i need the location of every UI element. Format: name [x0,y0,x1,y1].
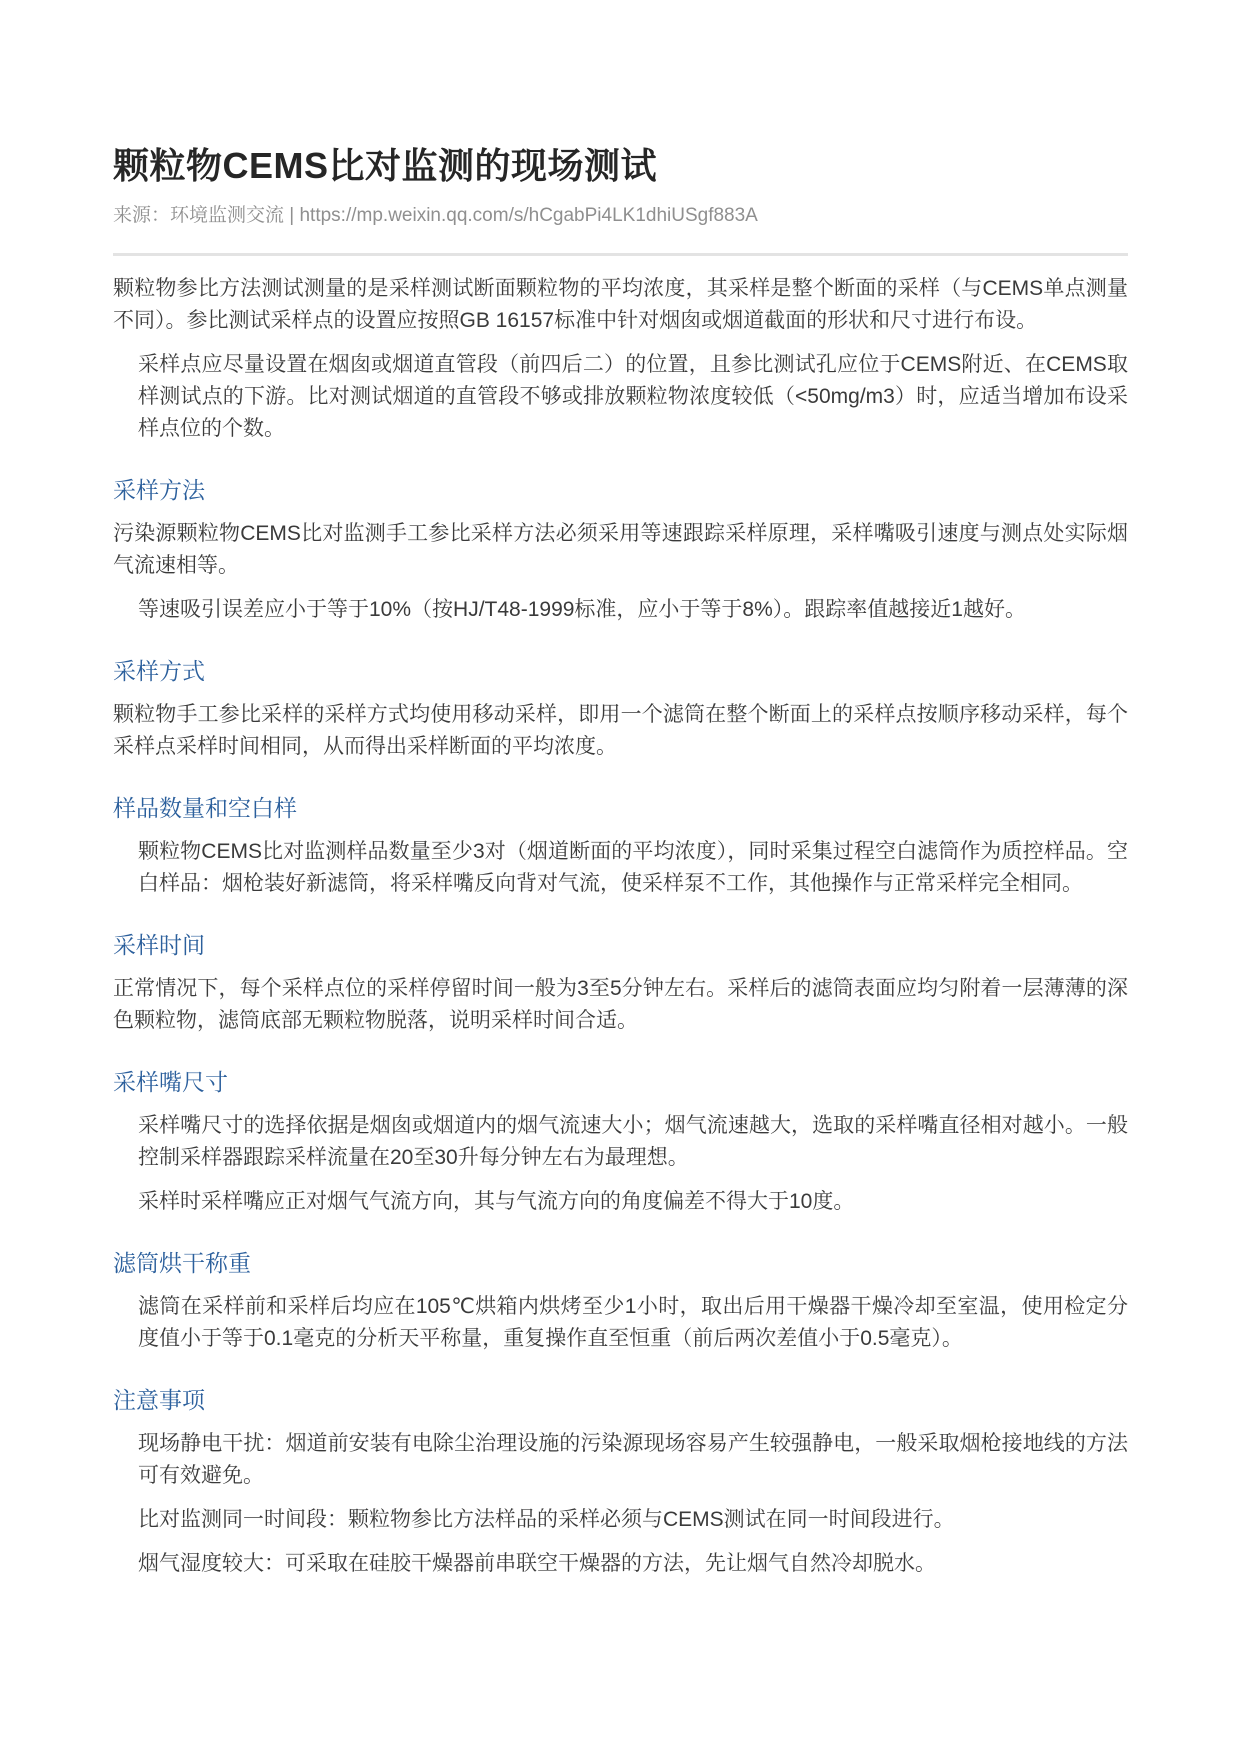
page-title: 颗粒物CEMS比对监测的现场测试 [113,142,1128,190]
section-heading: 采样时间 [113,930,1128,961]
section-heading: 采样方法 [113,475,1128,506]
source-line: 来源：环境监测交流 | https://mp.weixin.qq.com/s/h… [113,203,1128,229]
paragraph: 现场静电干扰：烟道前安装有电除尘治理设施的污染源现场容易产生较强静电，一般采取烟… [113,1428,1128,1492]
section-heading: 注意事项 [113,1385,1128,1416]
section: 采样方法 污染源颗粒物CEMS比对监测手工参比采样方法必须采用等速跟踪采样原理，… [113,475,1128,626]
section: 注意事项 现场静电干扰：烟道前安装有电除尘治理设施的污染源现场容易产生较强静电，… [113,1385,1128,1580]
section-heading: 滤筒烘干称重 [113,1248,1128,1279]
paragraph: 采样时采样嘴应正对烟气气流方向，其与气流方向的角度偏差不得大于10度。 [113,1186,1128,1218]
section: 采样时间 正常情况下，每个采样点位的采样停留时间一般为3至5分钟左右。采样后的滤… [113,930,1128,1037]
section: 滤筒烘干称重 滤筒在采样前和采样后均应在105℃烘箱内烘烤至少1小时，取出后用干… [113,1248,1128,1355]
section: 采样方式 颗粒物手工参比采样的采样方式均使用移动采样，即用一个滤筒在整个断面上的… [113,656,1128,763]
paragraph: 污染源颗粒物CEMS比对监测手工参比采样方法必须采用等速跟踪采样原理，采样嘴吸引… [113,518,1128,582]
paragraph: 颗粒物手工参比采样的采样方式均使用移动采样，即用一个滤筒在整个断面上的采样点按顺… [113,699,1128,763]
paragraph: 等速吸引误差应小于等于10%（按HJ/T48-1999标准，应小于等于8%）。跟… [113,594,1128,626]
divider [113,253,1128,256]
section-heading: 样品数量和空白样 [113,793,1128,824]
paragraph: 采样嘴尺寸的选择依据是烟囱或烟道内的烟气流速大小；烟气流速越大，选取的采样嘴直径… [113,1110,1128,1174]
section: 采样嘴尺寸 采样嘴尺寸的选择依据是烟囱或烟道内的烟气流速大小；烟气流速越大，选取… [113,1067,1128,1218]
section: 样品数量和空白样 颗粒物CEMS比对监测样品数量至少3对（烟道断面的平均浓度），… [113,793,1128,900]
section-heading: 采样方式 [113,656,1128,687]
paragraph: 颗粒物参比方法测试测量的是采样测试断面颗粒物的平均浓度，其采样是整个断面的采样（… [113,273,1128,337]
paragraph: 颗粒物CEMS比对监测样品数量至少3对（烟道断面的平均浓度），同时采集过程空白滤… [113,836,1128,900]
paragraph: 滤筒在采样前和采样后均应在105℃烘箱内烘烤至少1小时，取出后用干燥器干燥冷却至… [113,1291,1128,1355]
paragraph: 正常情况下，每个采样点位的采样停留时间一般为3至5分钟左右。采样后的滤筒表面应均… [113,973,1128,1037]
article-body: 颗粒物参比方法测试测量的是采样测试断面颗粒物的平均浓度，其采样是整个断面的采样（… [113,273,1128,1580]
section: 颗粒物参比方法测试测量的是采样测试断面颗粒物的平均浓度，其采样是整个断面的采样（… [113,273,1128,445]
section-heading: 采样嘴尺寸 [113,1067,1128,1098]
paragraph: 采样点应尽量设置在烟囱或烟道直管段（前四后二）的位置，且参比测试孔应位于CEMS… [113,349,1128,445]
paragraph: 烟气湿度较大：可采取在硅胶干燥器前串联空干燥器的方法，先让烟气自然冷却脱水。 [113,1548,1128,1580]
document-page: 颗粒物CEMS比对监测的现场测试 来源：环境监测交流 | https://mp.… [0,0,1241,1754]
paragraph: 比对监测同一时间段：颗粒物参比方法样品的采样必须与CEMS测试在同一时间段进行。 [113,1504,1128,1536]
